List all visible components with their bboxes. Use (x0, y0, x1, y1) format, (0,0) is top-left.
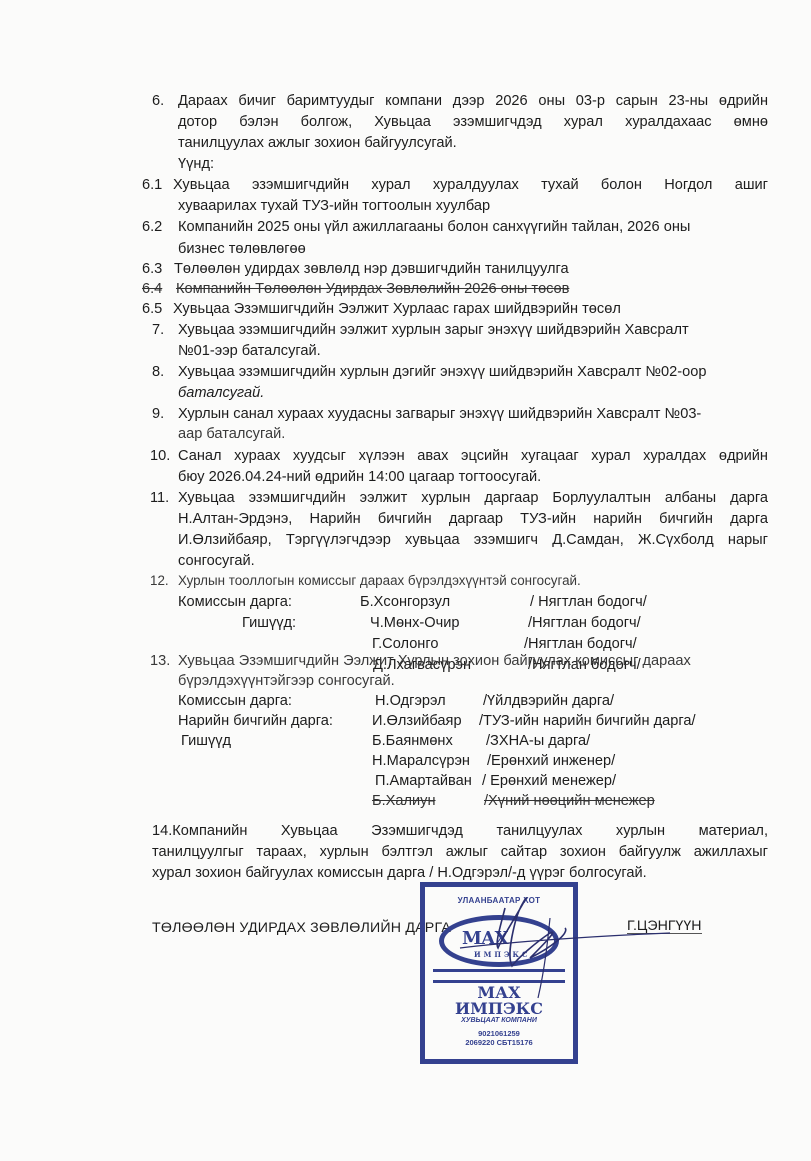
item-14-line-1: 14.Компанийн Хувьцаа Эзэмшигчдэд танилцу… (152, 822, 768, 840)
item-11-line-1: Хувьцаа эзэмшигчдийн ээлжит хурлын дарга… (178, 489, 768, 507)
sub-6-4-number: 6.4 (142, 280, 162, 298)
item-6-number: 6. (152, 92, 164, 110)
item-6-line-2: дотор бэлэн болгож, Хувьцаа эзэмшигчдэд … (178, 113, 768, 131)
sub-6-2-line-1: Компанийн 2025 оны үйл ажиллагааны болон… (178, 218, 690, 236)
item-6-line-1: Дараах бичиг баримтуудыг компани дээр 20… (178, 92, 768, 110)
item-12-row-1-name: Б.Хсонгорзул (360, 593, 450, 611)
item-13-number: 13. (150, 652, 170, 670)
stamp-logo-text: МАХ (462, 928, 508, 949)
item-13-row-3-name: Б.Баянмөнх (372, 732, 453, 750)
item-7-number: 7. (152, 321, 164, 339)
item-13-row-2-name: И.Өлзийбаяр (372, 712, 462, 730)
item-9-number: 9. (152, 405, 164, 423)
sub-6-3-text: Төлөөлөн удирдах зөвлөлд нэр дэвшигчдийн… (174, 260, 569, 278)
sub-6-1-line-1: Хувьцаа эзэмшигчдийн хурал хуралдуулах т… (173, 176, 768, 194)
item-12-row-2-position: /Нягтлан бодогч/ (528, 614, 641, 632)
item-14-line-2: танилцуулгыг тараах, хурлын бэлтгэл ажлы… (152, 843, 768, 861)
item-11-line-3: И.Өлзийбаяр, Тэргүүлэгчдээр хувьцаа эзэм… (178, 531, 768, 549)
stamp-city: УЛААНБААТАР ХОТ (425, 896, 573, 905)
item-8-line-1: Хувьцаа эзэмшигчдийн хурлын дэгийг энэхү… (178, 363, 707, 381)
sub-6-3-number: 6.3 (142, 260, 162, 278)
stamp-reg-1: 9021061259 (425, 1029, 573, 1038)
stamp-ribbon (433, 969, 565, 983)
item-14-line-3: хурал зохион байгуулах комиссын дарга / … (152, 864, 647, 882)
item-13-row-6-name-struck: Б.Халиун (372, 792, 436, 810)
stamp-company-name-2: ИМПЭКС (425, 1001, 573, 1017)
item-11-line-4: сонгосугай. (178, 552, 255, 570)
item-13-row-1-name: Н.Одгэрэл (375, 692, 446, 710)
item-11-number: 11. (150, 489, 169, 507)
company-stamp: УЛААНБААТАР ХОТ МАХ ИМПЭКС МАХ ИМПЭКС ХУ… (420, 882, 578, 1064)
item-13-row-3-role: Гишүүд (181, 732, 231, 750)
item-13-row-5-position: / Ерөнхий менежер/ (482, 772, 616, 790)
item-10-number: 10. (150, 447, 170, 465)
item-8-line-2: баталсугай. (178, 384, 264, 402)
stamp-company-type: ХУВЬЦААТ КОМПАНИ (425, 1017, 573, 1024)
signature-title: ТӨЛӨӨЛӨН УДИРДАХ ЗӨВЛӨЛИЙН ДАРГА (152, 919, 451, 937)
item-10-line-2: бюу 2026.04.24-ний өдрийн 14:00 цагаар т… (178, 468, 541, 486)
sub-6-4-text-struck: Компанийн Төлөөлөн Удирдах Зөвлөлийн 202… (176, 280, 569, 298)
item-12-row-2-role: Гишүүд: (242, 614, 296, 632)
item-8-number: 8. (152, 363, 164, 381)
signature-name: Г.ЦЭНГҮҮН (627, 919, 702, 934)
item-7-line-2: №01-ээр баталсугай. (178, 342, 321, 360)
item-13-row-1-role: Комиссын дарга: (178, 692, 292, 710)
sub-6-1-line-2: хуваарилах тухай ТУЗ-ийн тогтоолын хуулб… (178, 197, 490, 215)
item-13-row-1-position: /Үйлдвэрийн дарга/ (483, 692, 614, 710)
item-12-row-3-name: Г.Солонго (372, 635, 438, 653)
item-13-line-1: Хувьцаа Эзэмшигчдийн Ээлжит Хурлын зохио… (178, 652, 691, 670)
sub-6-2-number: 6.2 (142, 218, 162, 236)
item-12-number: 12. (150, 572, 169, 590)
item-13-row-5-name: П.Амартайван (375, 772, 472, 790)
item-13-row-2-position: /ТУЗ-ийн нарийн бичгийн дарга/ (479, 712, 696, 730)
item-12-row-3-position: /Нягтлан бодогч/ (524, 635, 637, 653)
sub-6-5-number: 6.5 (142, 300, 162, 318)
item-12-row-1-role: Комиссын дарга: (178, 593, 292, 611)
sub-6-5-text: Хувьцаа Эзэмшигчдийн Ээлжит Хурлаас гара… (173, 300, 621, 318)
item-13-row-3-position: /ЗХНА-ы дарга/ (486, 732, 590, 750)
item-13-row-4-name: Н.Маралсүрэн (372, 752, 470, 770)
item-13-row-2-role: Нарийн бичгийн дарга: (178, 712, 333, 730)
item-12-text: Хурлын тооллогын комиссыг дараах бүрэлдэ… (178, 572, 581, 590)
item-12-row-1-position: / Нягтлан бодогч/ (530, 593, 647, 611)
item-13-row-4-position: /Ерөнхий инженер/ (487, 752, 615, 770)
item-12-row-2-name: Ч.Мөнх-Очир (370, 614, 460, 632)
item-7-line-1: Хувьцаа эзэмшигчдийн ээлжит хурлын зарыг… (178, 321, 689, 339)
sub-6-1-number: 6.1 (142, 176, 162, 194)
item-9-line-2: аар баталсугай. (178, 425, 285, 443)
sub-6-2-line-2: бизнес төлөвлөгөө (178, 240, 306, 258)
stamp-logo-subtext: ИМПЭКС (474, 950, 530, 959)
item-6-line-3: танилцуулах ажлыг зохион байгуулсугай. (178, 134, 457, 152)
item-13-line-2: бүрэлдэхүүнтэйгээр сонгосугай. (178, 672, 395, 690)
item-10-line-1: Санал хураах хуудсыг хүлээн авах эцсийн … (178, 447, 768, 465)
item-9-line-1: Хурлын санал хураах хуудасны загварыг эн… (178, 405, 701, 423)
item-13-row-6-position-struck: /Хүний нөөцийн менежер (484, 792, 655, 810)
stamp-reg-2: 2069220 СБТ15176 (425, 1038, 573, 1047)
item-6-including: Үүнд: (178, 155, 214, 173)
document-page: 6. Дараах бичиг баримтуудыг компани дээр… (0, 0, 811, 1161)
stamp-logo-oval: МАХ ИМПЭКС (439, 915, 559, 967)
item-11-line-2: Н.Алтан-Эрдэнэ, Нарийн бичгийн даргаар Т… (178, 510, 768, 528)
